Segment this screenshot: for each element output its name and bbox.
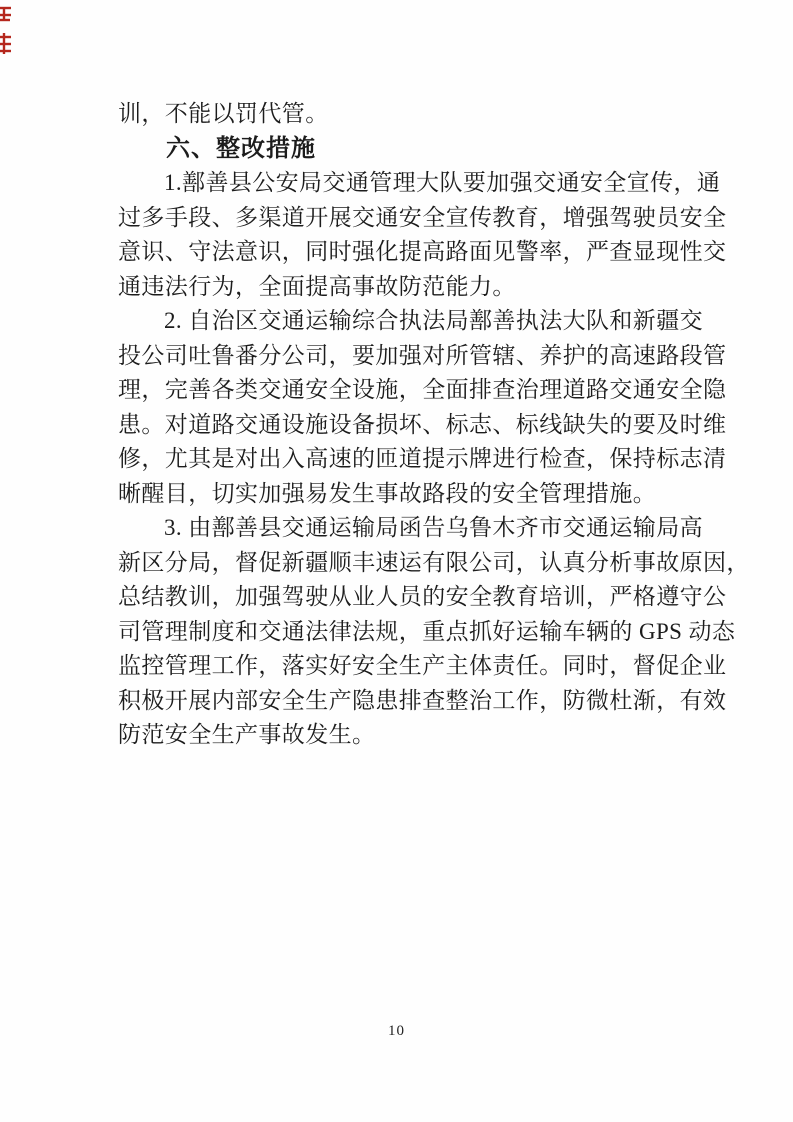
red-stamp-fragment-bottom: [0, 32, 15, 56]
body-line: 监控管理工作，落实好安全生产主体责任。同时，督促企业: [118, 649, 730, 684]
red-corner-marks: [0, 0, 30, 70]
body-line: 意识、守法意识，同时强化提高路面见警率，严查显现性交: [118, 235, 730, 270]
body-line: 防范安全生产事故发生。: [118, 718, 730, 753]
body-line: 司管理制度和交通法律法规，重点抓好运输车辆的 GPS 动态: [118, 615, 730, 650]
body-line: 修，尤其是对出入高速的匝道提示牌进行检查，保持标志清: [118, 442, 730, 477]
body-line: 投公司吐鲁番分公司，要加强对所管辖、养护的高速路段管: [118, 339, 730, 374]
body-line-continuation: 训，不能以罚代管。: [118, 97, 730, 132]
section-heading: 六、整改措施: [118, 132, 730, 167]
body-line: 过多手段、多渠道开展交通安全宣传教育，增强驾驶员安全: [118, 201, 730, 236]
document-body: 训，不能以罚代管。 六、整改措施 1.鄯善县公安局交通管理大队要加强交通安全宣传…: [118, 97, 730, 753]
body-line: 理，完善各类交通安全设施，全面排查治理道路交通安全隐: [118, 373, 730, 408]
page-number: 10: [388, 1023, 405, 1039]
page-footer: 10: [0, 1022, 793, 1040]
document-page: 训，不能以罚代管。 六、整改措施 1.鄯善县公安局交通管理大队要加强交通安全宣传…: [0, 0, 793, 1122]
body-line: 积极开展内部安全生产隐患排查整治工作，防微杜渐，有效: [118, 684, 730, 719]
body-line: 晰醒目，切实加强易发生事故路段的安全管理措施。: [118, 477, 730, 512]
body-line: 新区分局，督促新疆顺丰速运有限公司，认真分析事故原因，: [118, 546, 730, 581]
body-line: 通违法行为，全面提高事故防范能力。: [118, 270, 730, 305]
body-line: 3. 由鄯善县交通运输局函告乌鲁木齐市交通运输局高: [118, 511, 730, 546]
body-line: 患。对道路交通设施设备损坏、标志、标线缺失的要及时维: [118, 408, 730, 443]
body-line: 2. 自治区交通运输综合执法局鄯善执法大队和新疆交: [118, 304, 730, 339]
red-stamp-fragment-top: [0, 5, 15, 23]
body-line: 总结教训，加强驾驶从业人员的安全教育培训，严格遵守公: [118, 580, 730, 615]
body-line: 1.鄯善县公安局交通管理大队要加强交通安全宣传，通: [118, 166, 730, 201]
